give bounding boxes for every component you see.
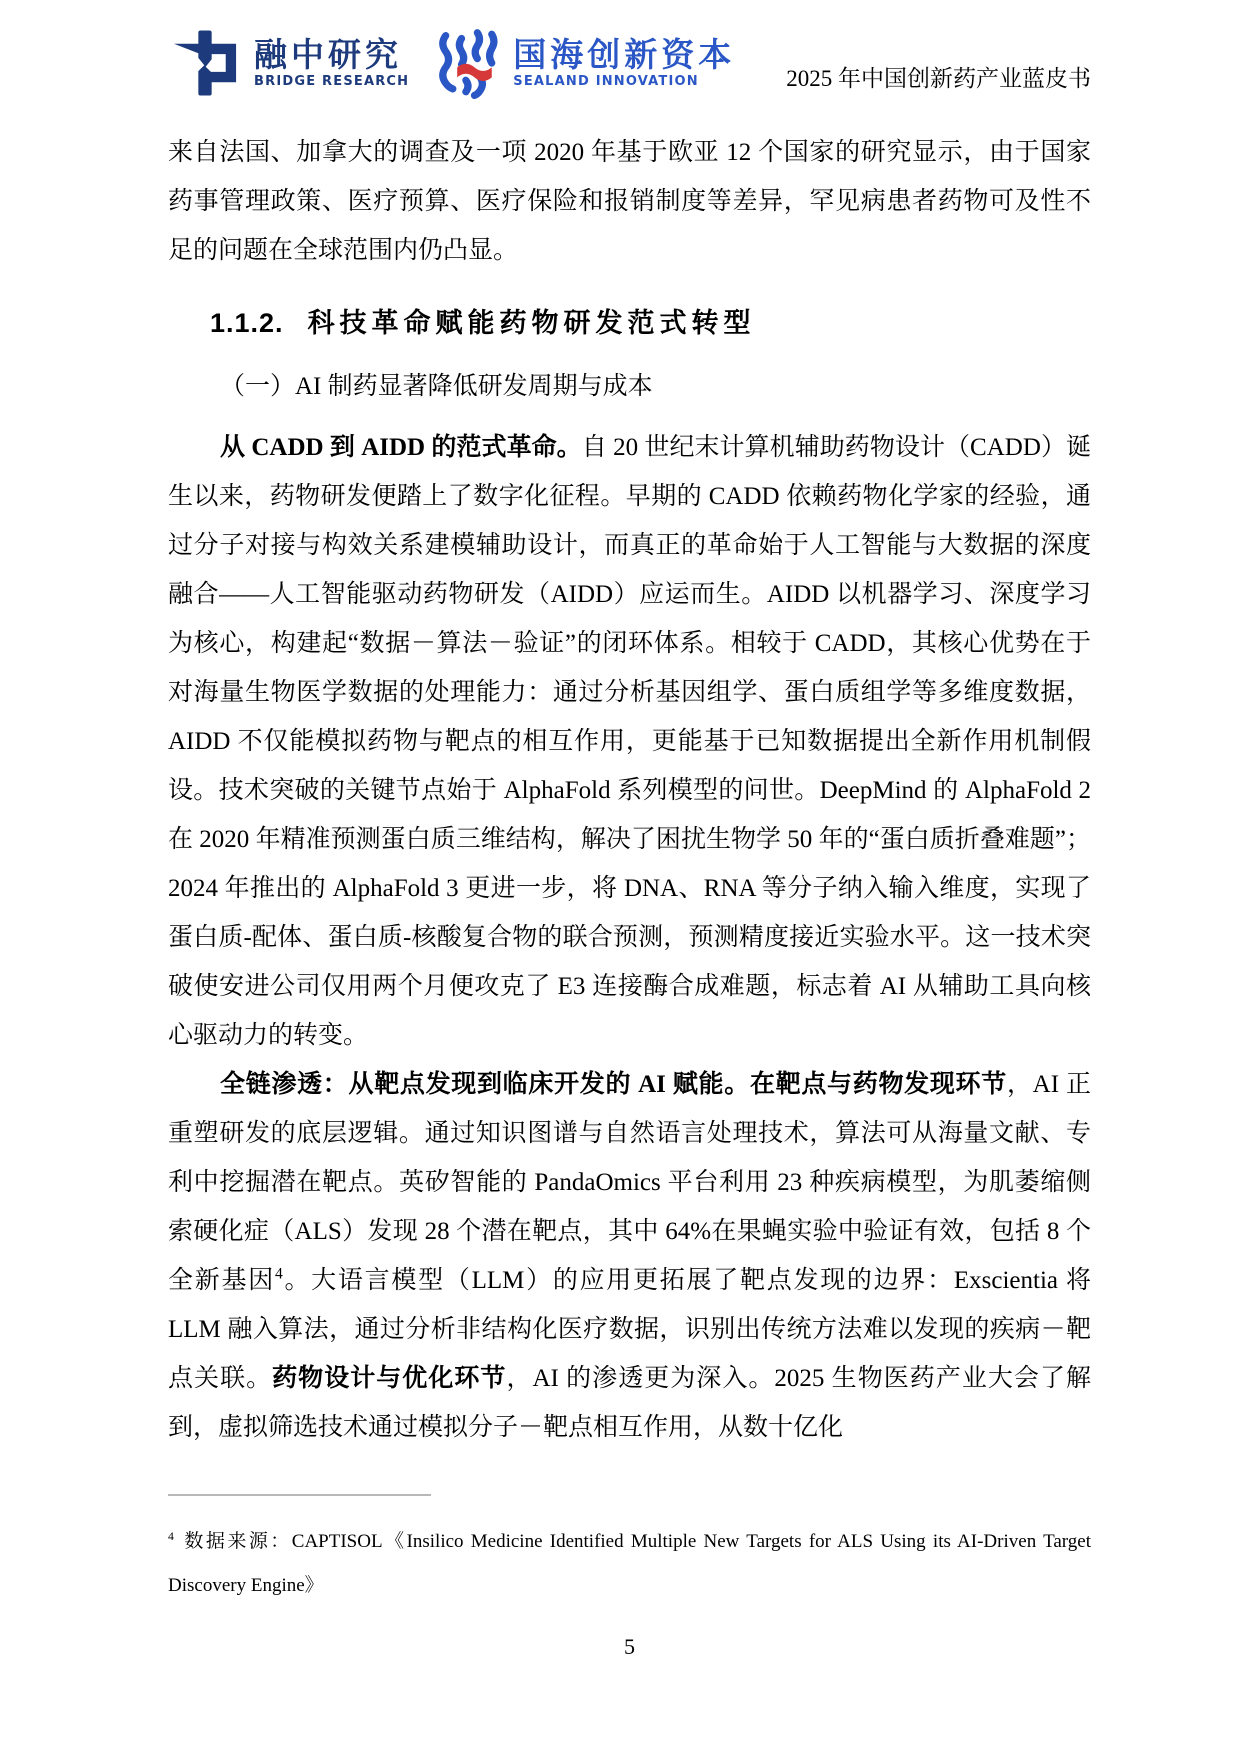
section-heading-title: 科技革命赋能药物研发范式转型: [308, 299, 756, 348]
footnote-separator: [168, 1494, 431, 1496]
sealand-innovation-logo-cn: 国海创新资本: [513, 36, 735, 74]
bridge-research-logo-icon: [168, 26, 242, 100]
sealand-innovation-logo-en: SEALAND INNOVATION: [513, 74, 735, 90]
footnote: 4数据来源：CAPTISOL《Insilico Medicine Identif…: [168, 1520, 1091, 1608]
sealand-innovation-logo: 国海创新资本 SEALAND INNOVATION: [435, 27, 735, 99]
document-title: 2025 年中国创新药产业蓝皮书: [786, 64, 1091, 100]
paragraph-cadd-to-aidd: 从 CADD 到 AIDD 的范式革命。自 20 世纪末计算机辅助药物设计（CA…: [168, 423, 1091, 1060]
section-heading: 1.1.2. 科技革命赋能药物研发范式转型: [210, 299, 1091, 348]
subsection-heading-ai-pharma: （一）AI 制药显著降低研发周期与成本: [168, 362, 1091, 411]
sealand-innovation-logo-text: 国海创新资本 SEALAND INNOVATION: [513, 36, 735, 90]
paragraph-rare-disease-access: 来自法国、加拿大的调查及一项 2020 年基于欧亚 12 个国家的研究显示，由于…: [168, 128, 1091, 275]
page-body: 来自法国、加拿大的调查及一项 2020 年基于欧亚 12 个国家的研究显示，由于…: [168, 128, 1091, 1452]
bridge-research-logo-en: BRIDGE RESEARCH: [254, 74, 409, 90]
page-number: 5: [168, 1634, 1091, 1660]
footnote-text: 数据来源：CAPTISOL《Insilico Medicine Identifi…: [168, 1531, 1091, 1596]
section-heading-number: 1.1.2.: [210, 299, 284, 348]
page-footer: 4数据来源：CAPTISOL《Insilico Medicine Identif…: [168, 1494, 1091, 1660]
header-logos: 融中研究 BRIDGE RESEARCH: [168, 26, 735, 100]
sealand-innovation-logo-icon: [435, 27, 501, 99]
footnote-marker: 4: [168, 1530, 174, 1543]
bridge-research-logo-cn: 融中研究: [254, 36, 409, 74]
bridge-research-logo-text: 融中研究 BRIDGE RESEARCH: [254, 36, 409, 90]
page-header: 融中研究 BRIDGE RESEARCH: [168, 26, 1091, 100]
sealand-logo-red-wave: [457, 64, 492, 81]
bridge-research-logo: 融中研究 BRIDGE RESEARCH: [168, 26, 409, 100]
paragraph-full-chain-ai: 全链渗透：从靶点发现到临床开发的 AI 赋能。在靶点与药物发现环节，AI 正重塑…: [168, 1060, 1091, 1452]
document-page: 融中研究 BRIDGE RESEARCH: [0, 0, 1241, 1754]
